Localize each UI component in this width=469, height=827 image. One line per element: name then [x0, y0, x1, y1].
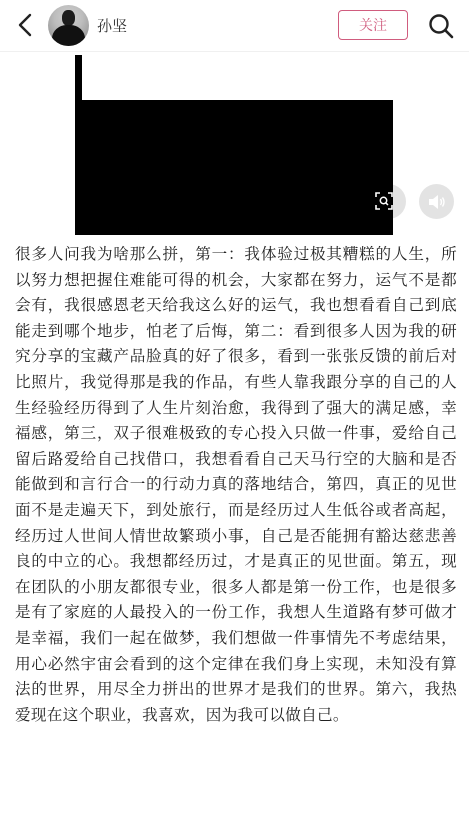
back-button[interactable]: [14, 12, 38, 38]
follow-button[interactable]: 关注: [338, 10, 408, 40]
top-nav-bar: 孙坚 关注: [0, 0, 469, 52]
media-redaction-block: [75, 100, 393, 235]
scan-search-icon[interactable]: [375, 192, 393, 210]
avatar-body: [52, 25, 85, 46]
media-redacted-image[interactable]: [75, 55, 393, 235]
avatar[interactable]: [48, 5, 89, 46]
media-redaction-bar: [75, 55, 82, 101]
post-body-text: 很多人问我为啥那么拼，第一：我体验过极其糟糕的人生，所以努力想把握住难能可得的机…: [15, 242, 457, 728]
username[interactable]: 孙坚: [97, 15, 127, 36]
avatar-head: [62, 10, 75, 26]
chevron-left-icon: [14, 12, 38, 38]
sound-button[interactable]: [419, 184, 454, 219]
search-icon: [427, 12, 455, 40]
search-button[interactable]: [427, 12, 455, 40]
speaker-icon: [428, 194, 446, 210]
